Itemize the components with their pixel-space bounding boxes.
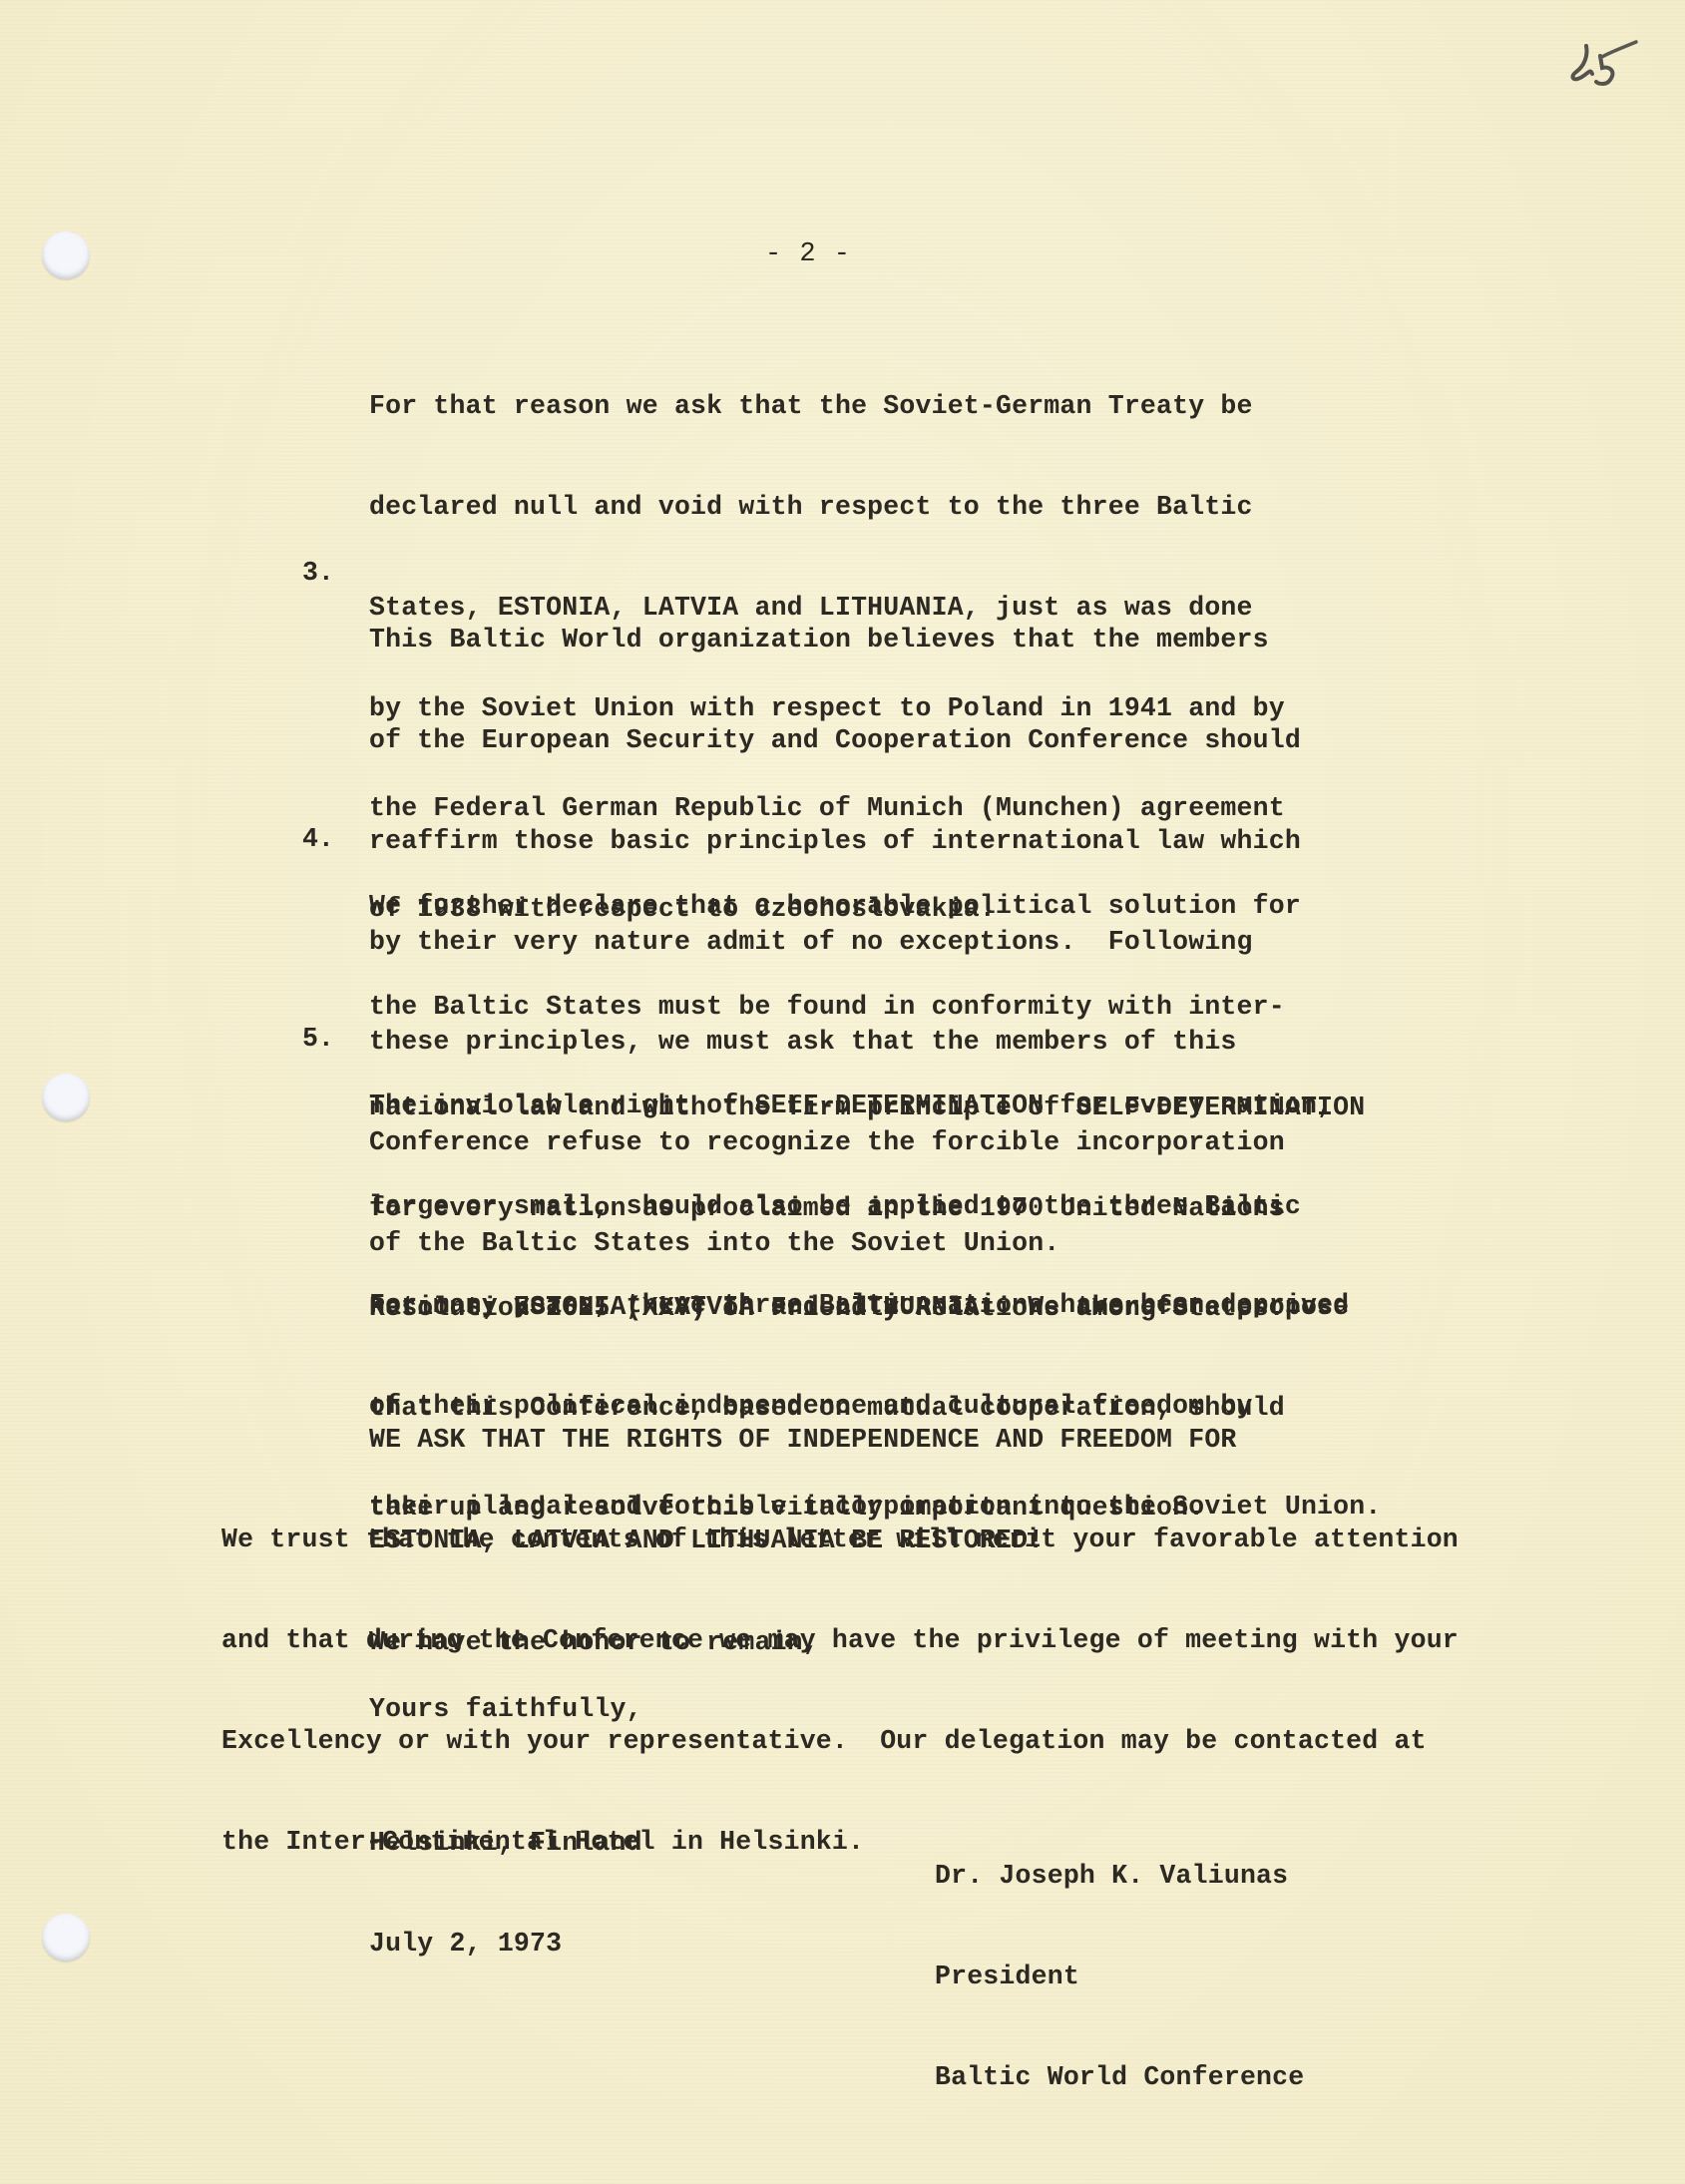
text-line: We further declare that a honorable poli… xyxy=(369,890,1365,924)
item-number: 3. xyxy=(302,557,334,591)
text-line: of the European Security and Cooperation… xyxy=(369,724,1301,758)
text-line: Excellency or with your representative. … xyxy=(221,1725,1459,1759)
text-line: large or small, should also be applied t… xyxy=(369,1190,1349,1224)
place: Helsinki, Finland xyxy=(369,1827,642,1861)
signature-block: Dr. Joseph K. Valiunas President Baltic … xyxy=(935,1793,1304,2128)
date: July 2, 1973 xyxy=(369,1928,642,1962)
signatory-title: President xyxy=(935,1961,1304,1994)
honor-line: We have the honor to remain, xyxy=(369,1626,819,1660)
punch-hole-middle xyxy=(42,1074,90,1121)
text-line: the Baltic States must be found in confo… xyxy=(369,991,1365,1025)
signatory-name: Dr. Joseph K. Valiunas xyxy=(935,1860,1304,1894)
text-line: declared null and void with respect to t… xyxy=(369,491,1285,525)
text-line: For that reason we ask that the Soviet-G… xyxy=(369,390,1285,424)
punch-hole-bottom xyxy=(42,1914,90,1962)
item-number: 5. xyxy=(302,1023,334,1057)
text-line: For many years, these three Baltic natio… xyxy=(369,1289,1381,1323)
page-number: - 2 - xyxy=(0,239,1616,269)
place-and-date: Helsinki, Finland July 2, 1973 xyxy=(369,1760,642,1994)
item-number: 4. xyxy=(302,823,334,857)
valediction: Yours faithfully, xyxy=(369,1693,642,1727)
signatory-organization: Baltic World Conference xyxy=(935,2061,1304,2095)
text-line: WE ASK THAT THE RIGHTS OF INDEPENDENCE A… xyxy=(369,1424,1237,1458)
text-line: This Baltic World organization believes … xyxy=(369,624,1301,657)
text-line: We trust that the contents of this lette… xyxy=(221,1524,1459,1557)
text-line: The inviolable right of SELF-DETERMINATI… xyxy=(369,1090,1349,1123)
handwritten-page-annotation xyxy=(1564,28,1644,98)
